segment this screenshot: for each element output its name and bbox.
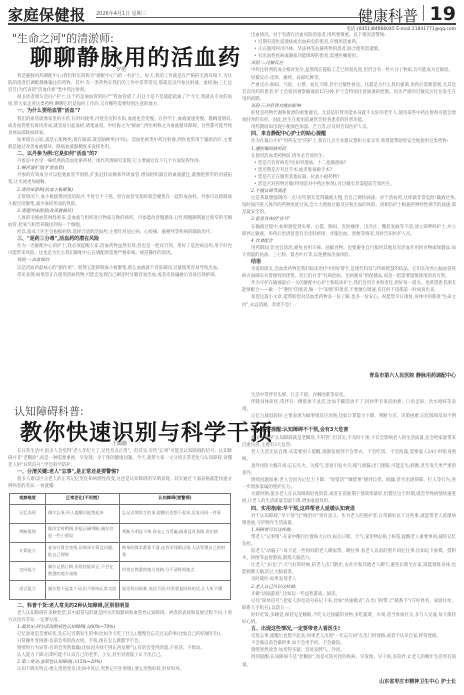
- closing-heading: 结语: [242, 259, 456, 266]
- paragraph: 作为一名静配中心的护士,我必须提醒大家:活血药物虽然有效,但也是一把双刃剑。用好…: [8, 243, 232, 257]
- table-cell: 记忆表现: [10, 504, 46, 523]
- table-row: 记忆表现 偶尔忘事,经人提醒后能想起来 忘记近期发生的事,提醒后也想不起来,反复…: [10, 504, 231, 523]
- paragraph: 人体的毛细血管网络密布,是血液与组织进行物质交换的场所。丹参能改善微循环,让红细…: [8, 215, 232, 229]
- section-heading: 五、出现这些情况,一定要带老人看医生!: [242, 626, 456, 633]
- article1-signature: 青岛市第六人民医院 静脉用药调配中心: [242, 373, 456, 380]
- bullet-item: • 您是否有胃病史?比如胃溃疡、十二指肠溃疡?: [242, 160, 456, 167]
- subheading: 2.第二常见:血管性认知障碍(占15%~20%): [8, 659, 232, 666]
- paragraph: 肝肾是药物代谢和排泄的重要器官。尤其是肝肾功能本身就不太好的老年人,使用某些中药…: [242, 110, 456, 124]
- bullet-item: • 您近期是否有过手术,或者准备做手术?: [242, 167, 456, 174]
- paragraph: 记忆衰退是首要症状,先忘记近期发生的事(比如今天吃了什么),慢慢会忘记过去的事(…: [8, 631, 232, 638]
- table-header-row: 观察维度 正常老化(不用慌) 认知障碍(要警惕): [10, 493, 231, 504]
- table-header: 观察维度: [10, 493, 46, 504]
- paragraph: 关键时期:很多老人在认知障碍轻度阶段,或者在前驱期干预效果最好,但错过这个时期,…: [242, 491, 456, 505]
- paragraph: 情绪突然改变:如变得多疑、容易发脾气、冷淡。: [242, 647, 456, 654]
- table-header: 正常老化(不用慌): [46, 493, 120, 504]
- paragraph: 老人认知障碍有多种类型,其中最常见的就是阿尔茨海默病和血管性认知障碍。两者的表现…: [8, 610, 232, 624]
- paragraph: 不会做以前会做的事,如不会用手机、不会做饭。: [242, 640, 456, 647]
- subheading: 风险三:对肝肾功能的影响: [242, 103, 456, 110]
- paragraph: 丹参的有效成分可以松弛血管平滑肌,扩张冠状动脉和外周血管,增加组织器官的血液灌注…: [8, 172, 232, 186]
- paragraph: 希望这篇小文章,能帮助您对活血类药物多一份了解,也多一份安心。祝愿您早日康复,身…: [242, 294, 456, 308]
- table-cell: 复杂计算会变慢,但简单计算没问题,能自己理财: [46, 542, 120, 561]
- article1-title: 聊聊静脉用的活血药: [30, 41, 242, 72]
- paragraph: 在使用活血类药物前,请务必告诉医生:: [242, 153, 456, 160]
- table-row: 语言能力 偶尔想不起某个词,但不影响正常交流 说话找词困难,表达不清,经常重复同…: [10, 580, 231, 599]
- paragraph: 如果堵在心脏,就是心肌梗死;堵在脑部,就是脑梗死(中风)。活血化瘀类中药注射液,…: [8, 137, 232, 151]
- table-header: 认知障碍(要警惕): [120, 493, 231, 504]
- paragraph: 伴随身体症状:常伴有一侧肢体不灵活,比如手脚活动不了,同时伴有说话困难、口角歪斜…: [242, 399, 456, 413]
- table-row: 定向能力 偶尔记错日期,但很快能纠正,不会在熟悉的地方迷路 经常在熟悉的地方迷路…: [10, 561, 231, 580]
- masthead: 家庭保健报 2026年4月1日 星期三 健康科普 19: [8, 4, 456, 21]
- subheading: 4.饮食配合: [242, 238, 456, 245]
- section-heading: 二、以丹参为例:它是如何"活血"的?: [8, 151, 232, 158]
- paragraph: 特别提醒:认知障碍不是"老糊涂",而是可防可控的疾病。早发现、早干预,多陪伴,让…: [242, 654, 456, 668]
- paragraph: 记住"简单信号",把家人的电话号码记下来,比如"快速模式",在出门时带上"联系卡…: [242, 598, 456, 612]
- paragraph: 中药注射剂的成分相对复杂,虽然现在提取工艺已经很先进,但仍含有一些大分子物质,有…: [242, 67, 456, 74]
- section-heading: 四、实用指南:早干预,这样帮老人延缓认知衰退: [242, 506, 456, 513]
- subheading: 风险一:出血倾向: [8, 257, 232, 264]
- comparison-table: 观察维度 正常老化(不用慌) 认知障碍(要警惕) 记忆表现 偶尔忘事,经人提醒后…: [9, 493, 231, 600]
- masthead-rule: [96, 17, 366, 18]
- paragraph: 帮老人"记事情":在家中醒目位置贴大日历,标注日期、天气,家里物品贴上标签,提醒…: [242, 534, 456, 548]
- paragraph: 亲爱的朋友,活血类药物是我们临床治疗中的好帮手,是现代科技与传统智慧的结晶。它们…: [242, 266, 456, 280]
- paragraph: 很多人难以区分老人的正常记忆变化和病理性改变,这也是认知障碍的早期表现。其实通过…: [8, 476, 232, 490]
- paragraph: 这是我最想强调的一点!有些朋友觉得输液太慢,会自己调快滴速。对于活血药,这样做非…: [242, 195, 456, 216]
- bullet-item: • 您是否对药物过敏(特别是对中药注射剂),有过敏史者需提前告知医生。: [242, 181, 456, 188]
- paragraph: 好好吃饭,多睡觉,保持充足睡眠,不吃太过油腻的食物,多吃蔬菜、水果,适当参加社交…: [242, 612, 456, 626]
- subheading: 2.老人自己可以这样做:: [242, 584, 456, 591]
- paragraph: 多做"动脑游戏",比如玩一些益智游戏、阅读。: [242, 591, 456, 598]
- paragraph: 让老人"多出门":天气好的时候,陪老人出门散步,去社区和其他老人聊天,避免长期宅…: [242, 562, 456, 576]
- paragraph: 认知下降有特点:要么突然变差(比如中风后,突然记不住事情),要么突然好转,时好时…: [8, 666, 232, 673]
- paragraph: 在日常生活中,很多人会觉得"老人年纪大了,记性差点正常"。但其实,有些"忘事"可…: [8, 448, 232, 469]
- table-cell: 定向能力: [10, 561, 46, 580]
- table-cell: 说话找词困难,表达不清,经常重复同样的话,让人听不懂: [120, 580, 231, 599]
- paragraph: 生活中常伴有头晕、行走不稳、吞咽困难等症状。: [242, 392, 456, 399]
- paragraph: 很多患者朋友会问:"护士,这个药是通血管的吗?""我血管堵了,打这个是不是就能疏…: [8, 94, 232, 108]
- section-heading: 二、科普干货:老人常见的2种认知障碍,区别很明显: [8, 603, 232, 610]
- article1-right-column: 出血情况。对于有潜在出血风险的患者,用药要慎重。以下情况需警惕: • 近期有消化…: [242, 32, 456, 370]
- article2-signature-block: 山东省枣庄市精神卫生中心 护士长: [242, 676, 456, 686]
- table-cell: 偶尔忘事,经人提醒后能想起来: [46, 504, 120, 523]
- paragraph: 对于认知障碍,"早干预"比"晚治疗"更有意义。作为老人的照护者,日常做好以下这些…: [242, 513, 456, 527]
- bullet-item: • 近期有消化道溃疡或出血病史的患者,应慎用活血药。: [242, 39, 456, 46]
- subheading: 3.清理河床淤泥(改善微循环): [8, 208, 232, 215]
- paragraph: 用药期间,饮食宜清淡,避免食用辛辣、油腻食物。也要避免自行服用其他具有活血作用的…: [242, 245, 456, 259]
- paragraph: 严重反应:胸闷、气促、心悸、血压下降,甚至过敏性休克。这就是为什么我们强调,用药…: [242, 82, 456, 103]
- paragraph: 丹参是中医里一味经典的活血化瘀药材。现代药理研究发现,它主要通过以下几个方面发挥…: [8, 158, 232, 165]
- article2-right-column: 生活中常伴有头晕、行走不稳、吞咽困难等症状。 伴随身体症状:常伴有一侧肢体不灵活…: [242, 392, 456, 695]
- table-cell: 语言能力: [10, 580, 46, 599]
- section-heading: 一、分清关键:老人"忘事",是正常还是要警惕?: [8, 469, 232, 476]
- article2-title: 教你快速识别与科学干预: [20, 416, 273, 447]
- subheading: 3.留意身体的"信号": [242, 216, 456, 223]
- subheading: 1.最常见:阿尔茨海默病性认知障碍(占60%~70%): [8, 624, 232, 631]
- table-cell: 做决定时稍慢,但能正确判断,偶尔会犯一些小错误: [46, 523, 120, 542]
- subheading: 1.畅河道扩宽(扩张血管): [8, 165, 232, 172]
- table-cell: 判断推理: [10, 523, 46, 542]
- paragraph: 作为在幕后守护"用药安全"的护士,我有几点专业建议想和大家分享,希望能帮助您安全…: [242, 138, 456, 145]
- subheading: 风险二:过敏反应: [242, 60, 456, 67]
- subheading: 2.不擅自调节滴速: [242, 188, 456, 195]
- article1-signature-block: 青岛市第六人民医院 静脉用药调配中心: [242, 370, 456, 380]
- paragraph: 情绪和行为异常:有的会突然暴躁(比如因为找不到东西发脾气),有的会变得淡漠,不说…: [8, 645, 232, 652]
- table-row: 判断推理 做决定时稍慢,但能正确判断,偶尔会犯一些小错误 判断力明显下降,容易上…: [10, 523, 231, 542]
- bullet-item: • 有出血性疾病或凝血功能障碍的患者,需遵医嘱使用。: [242, 53, 456, 60]
- paragraph: 我们的血管就像家里的水管,长时间使用,内壁会沉积水垢,血流也会变慢。在医学上,血…: [8, 116, 232, 137]
- paragraph: 及时就医:如果发现老人: [242, 576, 456, 583]
- paragraph: 正常情况下,血小板就像河里的泥沙,平时互不干扰。但在血管受损时就会聚集在一起形成…: [8, 194, 232, 208]
- table-cell: 偶尔想不起某个词,但不影响正常交流: [46, 580, 120, 599]
- section-heading: 三、重要提醒:认知障碍不干预,会有3大危害: [242, 427, 456, 434]
- article2-author: 王璐璐: [112, 440, 127, 447]
- section-heading: 四、来自静配中心护士的贴心提醒: [242, 131, 456, 138]
- paragraph: 老人生活无法自理:从需要别人提醒,逐渐发展到不会穿衣、不会吃饭、不会洗澡,需要家…: [242, 449, 456, 463]
- paragraph: 情绪问题加重:老人会因为记忆力下降、"说错话""做错事"感到自卑、烦躁,甚至出现…: [242, 477, 456, 491]
- paragraph: 认人能力下降:后期可能不认识自己的老伴、子女,甚至对着镜子认不出自己。: [8, 652, 232, 659]
- article1-left-column: 我是静脉用药调配中心(我们科室简称为"静配中心")的一名护士。每天,我的工作就是…: [8, 73, 232, 395]
- paragraph: 反复忘事,提醒后也想不起来;如果老人出现"一年忘几回"在出门时迷路,或者不认识自…: [242, 633, 456, 640]
- article1-author: 罗艳: [116, 66, 126, 73]
- paragraph: 日常操作变困难:以前会用的洗衣机、手机,现在怎么教都学不会。: [8, 638, 232, 645]
- subheading: 1.遵医嘱知晓用药: [242, 146, 456, 153]
- paragraph: 记忆力减退较轻:主要表现为做事情反应迟钝,比如计算能力下降、判断力差、决策困难,…: [242, 413, 456, 427]
- section-heading: 一、为什么要给血管"活血"?: [8, 108, 232, 115]
- paragraph: 陪老人"动脑子":每天花一些时间陪老人聊家常、聊往事,看老人以前的照片回忆往事,…: [242, 548, 456, 562]
- table-cell: 计算能力: [10, 542, 46, 561]
- article2-left-column: 在日常生活中,很多人会觉得"老人年纪大了,记性差点正常"。但其实,有些"忘事"可…: [8, 448, 232, 695]
- paper-name: 家庭保健报: [8, 4, 86, 25]
- page-number: 19: [430, 3, 456, 25]
- paragraph: 我是静脉用药调配中心(我们科室简称为"静配中心")的一名护士。每天,我的工作就是…: [8, 73, 232, 94]
- table-cell: 简单的算术都算不清,连找零钱都出错,无法管理自己的财务: [120, 542, 231, 561]
- bullet-item: • 正在服用阿司匹林、华法林等抗凝药物的患者,联合使用需谨慎。: [242, 46, 456, 53]
- table-cell: 偶尔记错日期,但很快能纠正,不会在熟悉的地方迷路: [46, 561, 120, 580]
- table-row: 计算能力 复杂计算会变慢,但简单计算没问题,能自己理财 简单的算术都算不清,连找…: [10, 542, 231, 561]
- paragraph: 作为守护在输液最后一关的静配中心护士和临床护士,我们会用专业和责任,把好每一道关…: [242, 280, 456, 294]
- subheading: 2.清河床淤积(抗血小板聚集): [8, 187, 232, 194]
- paragraph: 出血情况。对于有潜在出血风险的患者,用药要慎重。以下情况需警惕:: [242, 32, 456, 39]
- paragraph: 很多人觉得"认知障碍就是老糊涂,不用管",但其实,不及时干预,不仅会影响老人的生…: [242, 435, 456, 449]
- subheading: 1.照顾者可以这样做:: [242, 527, 456, 534]
- table-cell: 经常在熟悉的地方迷路,分不清时间地点: [120, 561, 231, 580]
- bullet-item: • 您是否正在服用其他抗凝、抗血小板药物?: [242, 174, 456, 181]
- issue-date: 2026年4月1日 星期三: [96, 10, 147, 17]
- paragraph: 常见表现:如果您正在使用活血药物,可能会发现自己刷牙时牙龈容易出血,或者皮肤磕碰…: [8, 272, 232, 279]
- section-heading: 三、"是药三分毒",活血药的潜在风险: [8, 236, 232, 243]
- header-rule: [8, 23, 456, 25]
- paragraph: 轻微反应:皮疹、瘙痒、局部红肿等。: [242, 75, 456, 82]
- article2-signature: 山东省枣庄市精神卫生中心 护士长: [242, 679, 456, 686]
- paragraph: 意外风险大幅升高:忘记关火、关煤气,容易引发火灾;煤气泄漏;出门迷路,可能走失;…: [242, 463, 456, 477]
- paragraph: 在输液过程中,如果感觉到头晕、心慌、胸闷、皮肤瘙痒、出冷汗、嘴唇发麻等不适,请立…: [242, 224, 456, 238]
- paragraph: 这是活血药最核心的"副作用"。既然它能抑制血小板聚集,那么血液就不容易凝固,过量…: [8, 265, 232, 272]
- table-cell: 判断力明显下降,容易上当受骗,做事没有条理,常出错: [120, 523, 231, 542]
- table-cell: 忘记近期发生的事,提醒后也想不起来,反复问同一件事: [120, 504, 231, 523]
- page-separator: [423, 5, 424, 21]
